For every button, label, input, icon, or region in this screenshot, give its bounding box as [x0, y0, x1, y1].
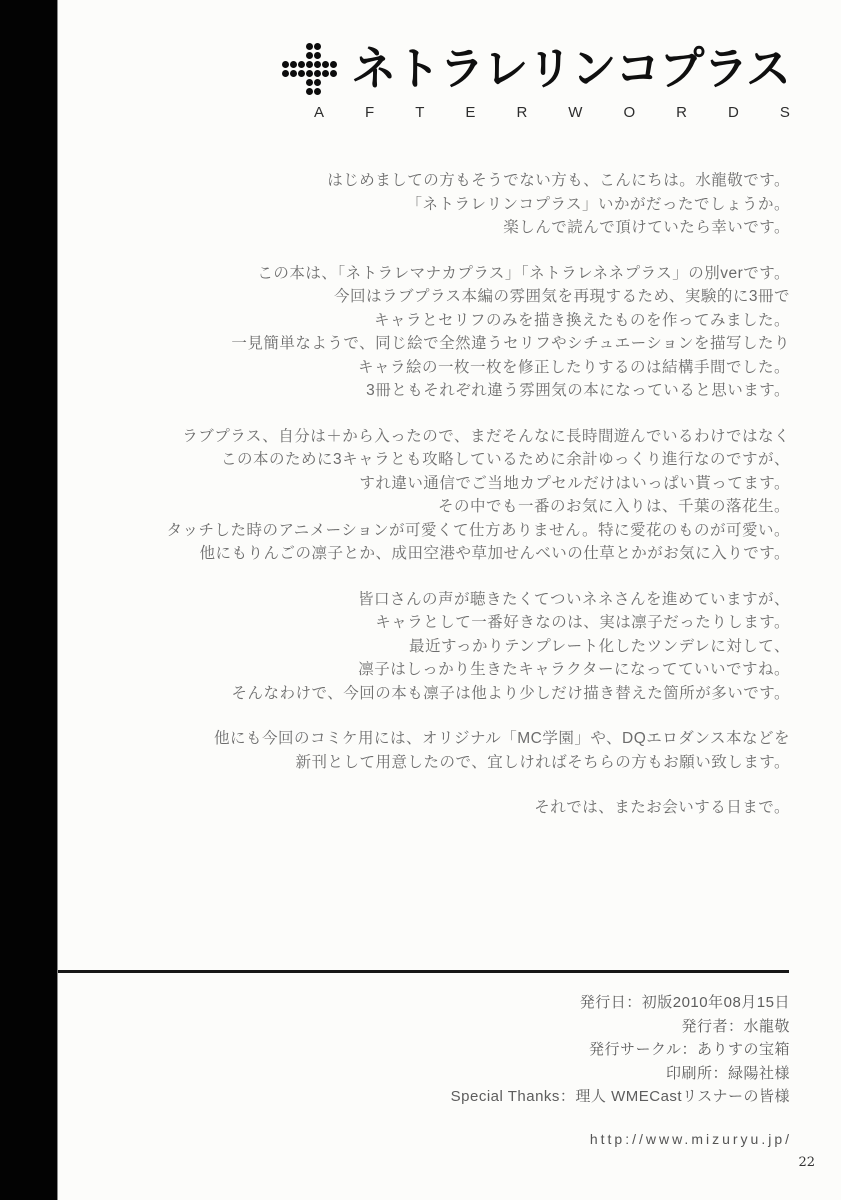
plus-dot [330, 61, 337, 68]
plus-dot [306, 79, 313, 86]
plus-dot [306, 70, 313, 77]
paragraph: はじめましての方もそうでない方も、こんにちは。水龍敬です。「ネトラレリンコプラス… [70, 169, 790, 240]
plus-dot [314, 61, 321, 68]
plus-dot [290, 70, 297, 77]
plus-dot-gap [290, 79, 297, 86]
body-line: 一見簡単なようで、同じ絵で全然違うセリフやシチュエーションを描写したり [70, 332, 790, 356]
plus-dot-gap [298, 52, 305, 59]
plus-dot-gap [298, 88, 305, 95]
body-line: それでは、またお会いする日まで。 [70, 796, 790, 820]
plus-dot-gap [290, 88, 297, 95]
colophon-line: Special Thanks：理人 WMECastリスナーの皆様 [451, 1085, 790, 1109]
plus-dot [298, 61, 305, 68]
plus-dot-gap [290, 52, 297, 59]
plus-dot [298, 70, 305, 77]
body-line: すれ違い通信でご当地カプセルだけはいっぱい貰ってます。 [70, 472, 790, 496]
body-line: キャラとセリフのみを描き換えたものを作ってみました。 [70, 309, 790, 333]
colophon-line: 発行日：初版2010年08月15日 [451, 991, 790, 1015]
plus-dot-gap [282, 43, 289, 50]
paragraph: ラブプラス、自分は＋から入ったので、まだそんなに長時間遊んでいるわけではなくこの… [70, 425, 790, 566]
colophon-line: 発行者：水龍敬 [451, 1015, 790, 1039]
body-line: この本は、「ネトラレマナカプラス」「ネトラレネネプラス」の別verです。 [70, 262, 790, 286]
afterword-page: ネトラレリンコプラス AFTERWORDS はじめましての方もそうでない方も、こ… [0, 0, 841, 1200]
title-row: ネトラレリンコプラス [58, 42, 790, 96]
paragraph: 他にも今回のコミケ用には、オリジナル「MC学園」や、DQエロダンス本などを新刊と… [70, 727, 790, 774]
page-gutter-black-bar [0, 0, 58, 1200]
website-url: http://www.mizuryu.jp/ [590, 1131, 792, 1147]
body-line: 今回はラブプラス本編の雰囲気を再現するため、実験的に3冊で [70, 285, 790, 309]
subtitle-letter: O [623, 104, 635, 121]
body-line: はじめましての方もそうでない方も、こんにちは。水龍敬です。 [70, 169, 790, 193]
page-title: ネトラレリンコプラス [351, 43, 790, 95]
subtitle-letter: A [314, 104, 324, 121]
afterword-body: はじめましての方もそうでない方も、こんにちは。水龍敬です。「ネトラレリンコプラス… [70, 169, 790, 820]
subtitle-letter: F [365, 104, 374, 121]
plus-dot [282, 61, 289, 68]
body-line: その中でも一番のお気に入りは、千葉の落花生。 [70, 495, 790, 519]
plus-dot [290, 61, 297, 68]
subtitle-afterwords: AFTERWORDS [314, 104, 790, 121]
plus-dot [314, 79, 321, 86]
plus-dot-gap [322, 88, 329, 95]
plus-dot-gap [322, 43, 329, 50]
divider-rule [58, 970, 789, 973]
body-line: この本のために3キャラとも攻略しているために余計ゆっくり進行なのですが、 [70, 448, 790, 472]
plus-dot-gap [322, 79, 329, 86]
body-line: 他にも今回のコミケ用には、オリジナル「MC学園」や、DQエロダンス本などを [70, 727, 790, 751]
plus-dot-gap [322, 52, 329, 59]
plus-dot [314, 70, 321, 77]
plus-dot-gap [298, 79, 305, 86]
plus-dot [330, 70, 337, 77]
plus-dot-gap [282, 79, 289, 86]
body-line: ラブプラス、自分は＋から入ったので、まだそんなに長時間遊んでいるわけではなく [70, 425, 790, 449]
subtitle-letter: R [676, 104, 687, 121]
body-line: キャラ絵の一枚一枚を修正したりするのは結構手間でした。 [70, 356, 790, 380]
body-line: 3冊ともそれぞれ違う雰囲気の本になっていると思います。 [70, 379, 790, 403]
body-line: 皆口さんの声が聴きたくてついネネさんを進めていますが、 [70, 588, 790, 612]
plus-dot [306, 61, 313, 68]
body-line: 新刊として用意したので、宜しければそちらの方もお願い致します。 [70, 751, 790, 775]
subtitle-letter: E [465, 104, 475, 121]
plus-dot-gap [330, 79, 337, 86]
subtitle-letter: T [415, 104, 424, 121]
subtitle-letter: R [516, 104, 527, 121]
colophon-line: 印刷所：緑陽社様 [451, 1062, 790, 1086]
body-line: 最近すっかりテンプレート化したツンデレに対して、 [70, 635, 790, 659]
body-line: 楽しんで読んで頂けていたら幸いです。 [70, 216, 790, 240]
plus-dot [314, 88, 321, 95]
plus-dot [306, 88, 313, 95]
body-line: キャラとして一番好きなのは、実は凛子だったりします。 [70, 611, 790, 635]
colophon-line: 発行サークル：ありすの宝箱 [451, 1038, 790, 1062]
paragraph: この本は、「ネトラレマナカプラス」「ネトラレネネプラス」の別verです。今回はラ… [70, 262, 790, 403]
plus-dot [306, 52, 313, 59]
plus-dot [322, 70, 329, 77]
subtitle-letter: S [780, 104, 790, 121]
plus-dot-gap [290, 43, 297, 50]
plus-dot-gap [330, 52, 337, 59]
plus-dot [314, 43, 321, 50]
page-number: 22 [798, 1155, 815, 1170]
plus-dot-gap [298, 43, 305, 50]
plus-dot [282, 70, 289, 77]
plus-dot-gap [330, 43, 337, 50]
body-line: タッチした時のアニメーションが可愛くて仕方ありません。特に愛花のものが可愛い。 [70, 519, 790, 543]
plus-dot [322, 61, 329, 68]
plus-dot [306, 43, 313, 50]
plus-dot-gap [282, 52, 289, 59]
plus-dot-gap [282, 88, 289, 95]
body-line: 「ネトラレリンコプラス」いかがだったでしょうか。 [70, 193, 790, 217]
paragraph: 皆口さんの声が聴きたくてついネネさんを進めていますが、キャラとして一番好きなのは… [70, 588, 790, 706]
header: ネトラレリンコプラス AFTERWORDS [58, 42, 790, 121]
subtitle-letter: W [568, 104, 582, 121]
paragraph: それでは、またお会いする日まで。 [70, 796, 790, 820]
subtitle-letter: D [728, 104, 739, 121]
colophon: 発行日：初版2010年08月15日発行者：水龍敬発行サークル：ありすの宝箱印刷所… [451, 991, 790, 1109]
body-line: 凛子はしっかり生きたキャラクターになってていいですね。 [70, 658, 790, 682]
plus-dot [314, 52, 321, 59]
body-line: 他にもりんごの凛子とか、成田空港や草加せんべいの仕草とかがお気に入りです。 [70, 542, 790, 566]
dotted-plus-icon [281, 42, 337, 96]
plus-dot-gap [330, 88, 337, 95]
body-line: そんなわけで、今回の本も凛子は他より少しだけ描き替えた箇所が多いです。 [70, 682, 790, 706]
